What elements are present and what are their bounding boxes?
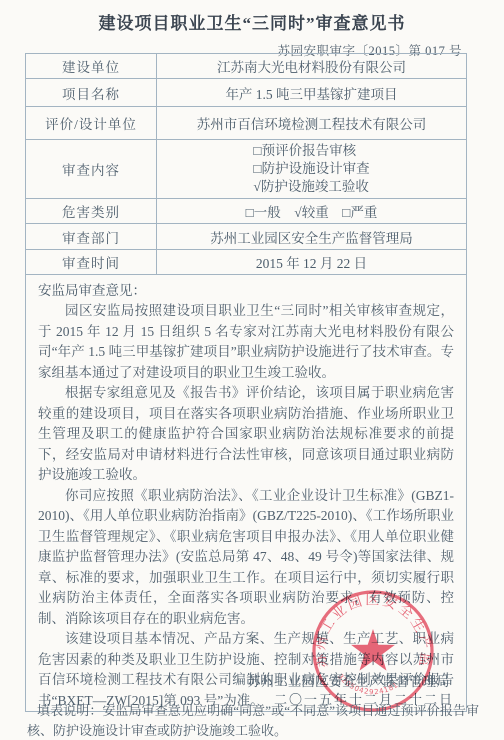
- row-label-construction-unit: 建设单位: [26, 54, 157, 79]
- row-label-evaluation-unit: 评价/设计单位: [26, 107, 157, 140]
- row-value-construction-unit: 江苏南大光电材料股份有限公司: [157, 54, 467, 79]
- row-label-review-content: 审查内容: [26, 140, 157, 199]
- row-label-review-date: 审查时间: [26, 250, 157, 275]
- row-value-review-date: 2015 年 12 月 22 日: [157, 250, 467, 275]
- table-row: 评价/设计单位 苏州市百信环境检测工程技术有限公司: [26, 107, 467, 140]
- opinion-heading: 安监局审查意见：: [38, 281, 454, 301]
- table-row-opinion: 安监局审查意见： 园区安监局按照建设项目职业卫生“三同时”相关审核审查规定，于 …: [26, 275, 467, 712]
- option-pre-evaluation-review: □预评价报告审核: [253, 142, 369, 160]
- page-title: 建设项目职业卫生“三同时”审查意见书: [0, 9, 504, 34]
- row-value-review-content: □预评价报告审核 □防护设施设计审查 √防护设施竣工验收: [157, 140, 467, 199]
- option-completion-acceptance-checked: √防护设施竣工验收: [253, 178, 369, 196]
- table-row: 项目名称 年产 1.5 吨三甲基镓扩建项目: [26, 79, 467, 107]
- table-row: 建设单位 江苏南大光电材料股份有限公司: [26, 54, 467, 79]
- table-row: 危害类别 □一般 √较重 □严重: [26, 199, 467, 224]
- opinion-paragraph-1: 园区安监局按照建设项目职业卫生“三同时”相关审核审查规定，于 2015 年 12…: [38, 301, 454, 383]
- review-info-table: 建设单位 江苏南大光电材料股份有限公司 项目名称 年产 1.5 吨三甲基镓扩建项…: [25, 53, 467, 712]
- row-value-hazard-category: □一般 √较重 □严重: [157, 199, 467, 224]
- form-footnote: 填表说明：安监局审查意见应明确“同意”或“不同意”该项目通过预评价报告审核、防护…: [27, 701, 479, 740]
- table-row: 审查时间 2015 年 12 月 22 日: [26, 250, 467, 275]
- document-page: 建设项目职业卫生“三同时”审查意见书 苏园安职审字〔2015〕第 017 号 建…: [0, 0, 504, 740]
- row-label-review-department: 审查部门: [26, 224, 157, 250]
- option-protection-design-review: □防护设施设计审查: [253, 160, 369, 178]
- row-value-project-name: 年产 1.5 吨三甲基镓扩建项目: [157, 79, 467, 107]
- row-label-hazard-category: 危害类别: [26, 199, 157, 224]
- row-label-project-name: 项目名称: [26, 79, 157, 107]
- signature-department: 苏州工业园区安全生产监督管理局: [247, 671, 450, 690]
- opinion-cell: 安监局审查意见： 园区安监局按照建设项目职业卫生“三同时”相关审核审查规定，于 …: [26, 275, 467, 712]
- table-row: 审查内容 □预评价报告审核 □防护设施设计审查 √防护设施竣工验收: [26, 140, 467, 199]
- table-row: 审查部门 苏州工业园区安全生产监督管理局: [26, 224, 467, 250]
- review-content-options: □预评价报告审核 □防护设施设计审查 √防护设施竣工验收: [253, 142, 369, 196]
- row-value-evaluation-unit: 苏州市百信环境检测工程技术有限公司: [157, 107, 467, 140]
- opinion-paragraph-2: 根据专家组意见及《报告书》评价结论，该项目属于职业病危害较重的建设项目，项目在落…: [38, 383, 454, 486]
- opinion-paragraph-3: 你司应按照《职业病防治法》、《工业企业设计卫生标准》(GBZ1-2010)、《用…: [38, 486, 454, 630]
- row-value-review-department: 苏州工业园区安全生产监督管理局: [157, 224, 467, 250]
